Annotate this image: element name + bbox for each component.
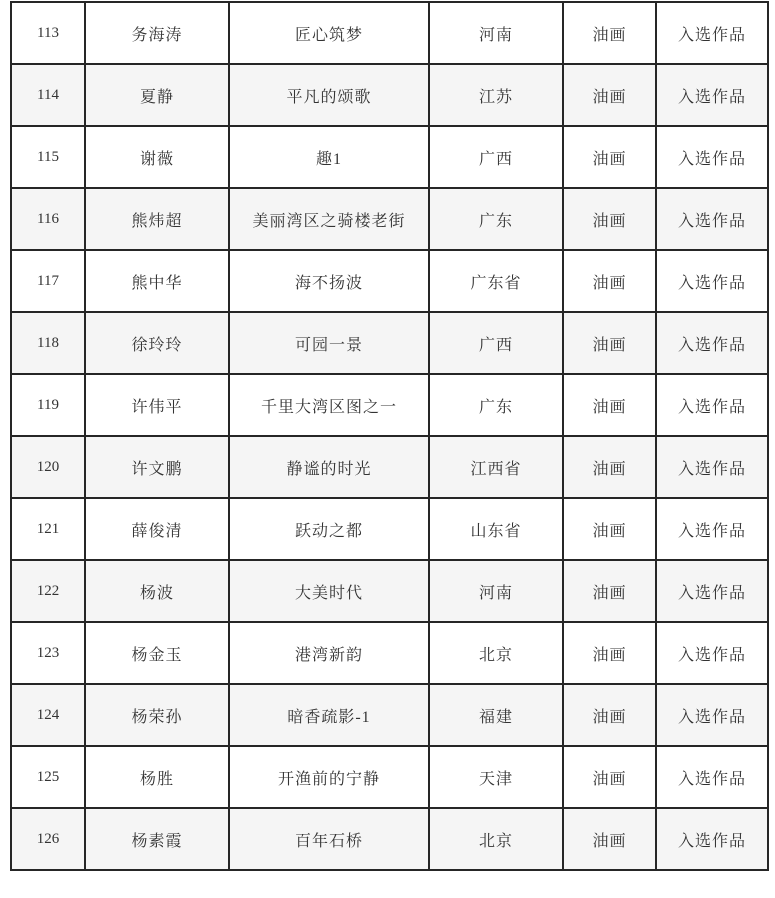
table-row: 122 杨波 大美时代 河南 油画 入选作品 (11, 560, 768, 622)
cell-title: 美丽湾区之骑楼老街 (229, 188, 429, 250)
table-row: 115 谢薇 趣1 广西 油画 入选作品 (11, 126, 768, 188)
cell-category: 油画 (563, 374, 656, 436)
cell-title: 开渔前的宁静 (229, 746, 429, 808)
cell-title: 可园一景 (229, 312, 429, 374)
cell-title: 千里大湾区图之一 (229, 374, 429, 436)
table-row: 113 务海涛 匠心筑梦 河南 油画 入选作品 (11, 2, 768, 64)
cell-author: 务海涛 (85, 2, 229, 64)
cell-status: 入选作品 (656, 188, 768, 250)
cell-number: 123 (11, 622, 85, 684)
cell-title: 匠心筑梦 (229, 2, 429, 64)
cell-category: 油画 (563, 2, 656, 64)
cell-category: 油画 (563, 436, 656, 498)
cell-number: 125 (11, 746, 85, 808)
table-row: 114 夏静 平凡的颂歌 江苏 油画 入选作品 (11, 64, 768, 126)
cell-category: 油画 (563, 64, 656, 126)
cell-province: 江西省 (429, 436, 563, 498)
table-row: 117 熊中华 海不扬波 广东省 油画 入选作品 (11, 250, 768, 312)
cell-status: 入选作品 (656, 436, 768, 498)
table-row: 125 杨胜 开渔前的宁静 天津 油画 入选作品 (11, 746, 768, 808)
cell-author: 夏静 (85, 64, 229, 126)
cell-status: 入选作品 (656, 684, 768, 746)
cell-number: 126 (11, 808, 85, 870)
cell-province: 北京 (429, 808, 563, 870)
cell-province: 广西 (429, 126, 563, 188)
selected-works-table: 113 务海涛 匠心筑梦 河南 油画 入选作品 114 夏静 平凡的颂歌 江苏 … (10, 1, 769, 871)
cell-author: 熊炜超 (85, 188, 229, 250)
cell-number: 118 (11, 312, 85, 374)
cell-number: 124 (11, 684, 85, 746)
table-row: 116 熊炜超 美丽湾区之骑楼老街 广东 油画 入选作品 (11, 188, 768, 250)
cell-author: 杨金玉 (85, 622, 229, 684)
cell-number: 114 (11, 64, 85, 126)
cell-status: 入选作品 (656, 374, 768, 436)
cell-status: 入选作品 (656, 64, 768, 126)
cell-author: 杨荣孙 (85, 684, 229, 746)
table-row: 121 薛俊清 跃动之都 山东省 油画 入选作品 (11, 498, 768, 560)
cell-province: 河南 (429, 2, 563, 64)
cell-author: 熊中华 (85, 250, 229, 312)
cell-number: 121 (11, 498, 85, 560)
document-page: 113 务海涛 匠心筑梦 河南 油画 入选作品 114 夏静 平凡的颂歌 江苏 … (0, 0, 775, 898)
cell-title: 百年石桥 (229, 808, 429, 870)
cell-title: 趣1 (229, 126, 429, 188)
cell-category: 油画 (563, 560, 656, 622)
cell-category: 油画 (563, 746, 656, 808)
cell-category: 油画 (563, 684, 656, 746)
cell-number: 116 (11, 188, 85, 250)
cell-status: 入选作品 (656, 560, 768, 622)
cell-category: 油画 (563, 622, 656, 684)
cell-status: 入选作品 (656, 126, 768, 188)
cell-category: 油画 (563, 498, 656, 560)
cell-category: 油画 (563, 126, 656, 188)
table-row: 123 杨金玉 港湾新韵 北京 油画 入选作品 (11, 622, 768, 684)
cell-status: 入选作品 (656, 250, 768, 312)
cell-number: 117 (11, 250, 85, 312)
cell-number: 115 (11, 126, 85, 188)
cell-status: 入选作品 (656, 808, 768, 870)
cell-author: 徐玲玲 (85, 312, 229, 374)
cell-author: 许文鹏 (85, 436, 229, 498)
cell-title: 大美时代 (229, 560, 429, 622)
cell-number: 119 (11, 374, 85, 436)
cell-province: 广东省 (429, 250, 563, 312)
table-row: 118 徐玲玲 可园一景 广西 油画 入选作品 (11, 312, 768, 374)
cell-status: 入选作品 (656, 2, 768, 64)
cell-province: 北京 (429, 622, 563, 684)
cell-title: 跃动之都 (229, 498, 429, 560)
cell-province: 河南 (429, 560, 563, 622)
cell-status: 入选作品 (656, 312, 768, 374)
cell-province: 广东 (429, 374, 563, 436)
cell-status: 入选作品 (656, 746, 768, 808)
cell-title: 静谧的时光 (229, 436, 429, 498)
cell-province: 江苏 (429, 64, 563, 126)
table-row: 124 杨荣孙 暗香疏影-1 福建 油画 入选作品 (11, 684, 768, 746)
cell-number: 120 (11, 436, 85, 498)
table-row: 120 许文鹏 静谧的时光 江西省 油画 入选作品 (11, 436, 768, 498)
cell-title: 平凡的颂歌 (229, 64, 429, 126)
cell-status: 入选作品 (656, 622, 768, 684)
cell-author: 杨胜 (85, 746, 229, 808)
cell-title: 海不扬波 (229, 250, 429, 312)
cell-category: 油画 (563, 250, 656, 312)
cell-province: 天津 (429, 746, 563, 808)
cell-category: 油画 (563, 312, 656, 374)
table-row: 126 杨素霞 百年石桥 北京 油画 入选作品 (11, 808, 768, 870)
cell-province: 广西 (429, 312, 563, 374)
cell-status: 入选作品 (656, 498, 768, 560)
cell-number: 113 (11, 2, 85, 64)
cell-author: 杨波 (85, 560, 229, 622)
cell-author: 谢薇 (85, 126, 229, 188)
cell-province: 广东 (429, 188, 563, 250)
cell-category: 油画 (563, 188, 656, 250)
cell-title: 港湾新韵 (229, 622, 429, 684)
table-row: 119 许伟平 千里大湾区图之一 广东 油画 入选作品 (11, 374, 768, 436)
cell-title: 暗香疏影-1 (229, 684, 429, 746)
cell-author: 许伟平 (85, 374, 229, 436)
cell-author: 杨素霞 (85, 808, 229, 870)
cell-province: 福建 (429, 684, 563, 746)
cell-number: 122 (11, 560, 85, 622)
table-body: 113 务海涛 匠心筑梦 河南 油画 入选作品 114 夏静 平凡的颂歌 江苏 … (11, 2, 768, 870)
cell-province: 山东省 (429, 498, 563, 560)
cell-author: 薛俊清 (85, 498, 229, 560)
cell-category: 油画 (563, 808, 656, 870)
